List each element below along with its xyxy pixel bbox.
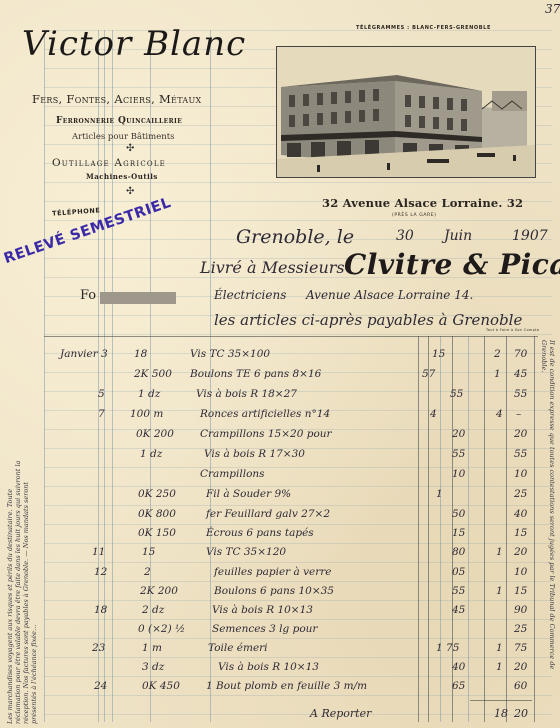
item-qty: 1 dz (140, 448, 162, 460)
item-qty: 3 dz (142, 661, 164, 673)
address-note: (PRÈS LA GARE) (392, 213, 437, 218)
item-unit-price: 05 (452, 566, 465, 578)
column-rule (428, 336, 429, 722)
item-date: 7 (98, 408, 105, 420)
item-total-fr: 1 (496, 546, 503, 558)
item-description: Crampillons (200, 468, 265, 480)
item-total-c: 20 (514, 428, 527, 440)
item-total-c: 25 (514, 623, 527, 635)
item-description: Fil à Souder 9% (206, 488, 291, 500)
item-total-fr: 1 (496, 661, 503, 673)
item-date: 23 (92, 642, 105, 654)
item-date: 5 (98, 388, 105, 400)
item-description: Vis à bois R 10×13 (218, 661, 319, 673)
column-rule (484, 336, 485, 722)
tagline-tools: Outillage Agricole (52, 157, 166, 169)
item-qty: 0K 200 (136, 428, 174, 440)
folio-label: Fo (80, 288, 96, 303)
item-total-c: 90 (514, 604, 527, 616)
customer-name: Clvitre & Picard (344, 248, 560, 281)
item-total-c: 75 (514, 642, 527, 654)
item-total-fr: 1 (494, 368, 501, 380)
item-total-c: – (516, 408, 521, 420)
item-total-c: 10 (514, 566, 527, 578)
item-total-c: 20 (514, 546, 527, 558)
item-description: Ronces artificielles n°14 (200, 408, 330, 420)
place-date-prefix: Grenoble, le (236, 226, 354, 248)
item-unit-price: 15 (432, 348, 445, 360)
item-qty: 18 (134, 348, 147, 360)
table-top-rule (44, 336, 538, 337)
item-unit-price: 4 (430, 408, 437, 420)
item-description: Vis à bois R 17×30 (204, 448, 305, 460)
left-margin-notice: Les marchandises voyagent aux risques et… (6, 454, 38, 724)
building-illustration-icon (277, 47, 535, 177)
item-qty: 1 m (142, 642, 162, 654)
item-total-c: 60 (514, 680, 527, 692)
item-total-fr: 1 (496, 585, 503, 597)
grid-line (440, 336, 441, 722)
storefront-engraving (276, 46, 536, 178)
fleuron-ornament: ✣ (126, 186, 134, 197)
company-name: Victor Blanc (22, 24, 246, 64)
carry-forward-francs: 18 (494, 707, 508, 720)
item-qty: 1 dz (138, 388, 160, 400)
item-qty: 2 dz (142, 604, 164, 616)
grid-line (44, 30, 45, 722)
page-mark: 37 (545, 2, 560, 16)
item-unit-price: 40 (452, 661, 465, 673)
item-unit-price: 10 (452, 468, 465, 480)
item-unit-price: 50 (452, 508, 465, 520)
item-description: Semences 3 lg pour (212, 623, 317, 635)
column-rule (534, 336, 535, 722)
item-unit-price: 65 (452, 680, 465, 692)
item-unit-price: 45 (452, 604, 465, 616)
item-total-fr: 4 (496, 408, 503, 420)
fleuron-ornament: ✣ (126, 143, 134, 154)
invoice-day: 30 (396, 228, 414, 244)
item-date: Janvier 3 (60, 348, 108, 360)
tagline-machines: Machines-Outils (86, 172, 158, 181)
item-date: 24 (94, 680, 107, 692)
item-total-fr: 1 (496, 642, 503, 654)
item-unit-price: 55 (452, 448, 465, 460)
item-date: 11 (92, 546, 105, 558)
customer-address: Avenue Alsace Lorraine 14. (306, 288, 473, 302)
tagline-products: Fers, Fontes, Aciers, Métaux (32, 92, 202, 106)
item-description: Vis à bois R 18×27 (196, 388, 297, 400)
carry-forward-label: A Reporter (310, 707, 371, 720)
item-description: fer Feuillard galv 27×2 (206, 508, 330, 520)
column-header-note: Tout à Faire à Son Compte (486, 328, 539, 332)
grid-line (468, 336, 469, 722)
telegram-address: TÉLÉGRAMMES : BLANC-FERS-GRENOBLE (356, 25, 491, 31)
item-description: feuilles papier à verre (214, 566, 332, 578)
folio-redaction-bar (100, 292, 176, 304)
item-unit-price: 80 (452, 546, 465, 558)
item-date: 12 (94, 566, 107, 578)
item-description: Boulons 6 pans 10×35 (214, 585, 334, 597)
total-rule (470, 700, 532, 701)
item-unit-price: 15 (452, 527, 465, 539)
item-description: Écrous 6 pans tapés (206, 527, 314, 539)
item-qty: 0K 450 (142, 680, 180, 692)
item-qty: 0K 150 (138, 527, 176, 539)
item-unit-price: 55 (452, 585, 465, 597)
item-total-c: 10 (514, 468, 527, 480)
right-margin-notice: Il est de condition expresse que toutes … (540, 340, 556, 670)
item-qty: 100 m (130, 408, 163, 420)
item-qty: 2K 200 (140, 585, 178, 597)
item-unit-price: 1 75 (436, 642, 459, 654)
item-description: 1 Bout plomb en feuille 3 m/m (206, 680, 367, 692)
item-unit-price: 20 (452, 428, 465, 440)
item-qty: 2 (144, 566, 151, 578)
column-rule (506, 336, 507, 722)
item-total-c: 20 (514, 661, 527, 673)
item-description: Vis TC 35×100 (190, 348, 270, 360)
invoice-year: 1907 (512, 228, 548, 244)
item-qty: 0 (×2) ½ (138, 623, 185, 635)
item-total-c: 15 (514, 527, 527, 539)
item-total-c: 45 (514, 368, 527, 380)
payment-terms: les articles ci-après payables à Grenobl… (214, 311, 522, 329)
item-total-c: 55 (514, 448, 527, 460)
item-description: Vis à bois R 10×13 (212, 604, 313, 616)
item-qty: 15 (142, 546, 155, 558)
item-description: Vis TC 35×120 (206, 546, 286, 558)
item-qty: 2K 500 (134, 368, 172, 380)
invoice-month: Juin (444, 228, 472, 244)
customer-trade: Électriciens (214, 288, 286, 302)
item-total-c: 55 (514, 388, 527, 400)
item-total-c: 15 (514, 585, 527, 597)
tagline-building: Articles pour Bâtiments (72, 132, 175, 142)
item-description: Crampillons 15×20 pour (200, 428, 332, 440)
item-date: 18 (94, 604, 107, 616)
item-total-fr: 2 (494, 348, 501, 360)
item-qty: 0K 800 (138, 508, 176, 520)
column-rule (418, 336, 419, 722)
item-description: Boulons TE 6 pans 8×16 (190, 368, 321, 380)
item-total-c: 70 (514, 348, 527, 360)
item-total-c: 25 (514, 488, 527, 500)
item-qty: 0K 250 (138, 488, 176, 500)
carry-forward-centimes: 20 (514, 707, 528, 720)
item-description: Toile émeri (208, 642, 268, 654)
delivered-to-label: Livré à Messieurs (200, 258, 345, 277)
tagline-hardware: Ferronnerie Quincaillerie (56, 116, 182, 126)
item-unit-price: 1 (436, 488, 443, 500)
company-address: 32 Avenue Alsace Lorraine. 32 (322, 196, 523, 210)
item-unit-price: 57 (422, 368, 435, 380)
item-total-c: 40 (514, 508, 527, 520)
item-unit-price: 55 (450, 388, 463, 400)
